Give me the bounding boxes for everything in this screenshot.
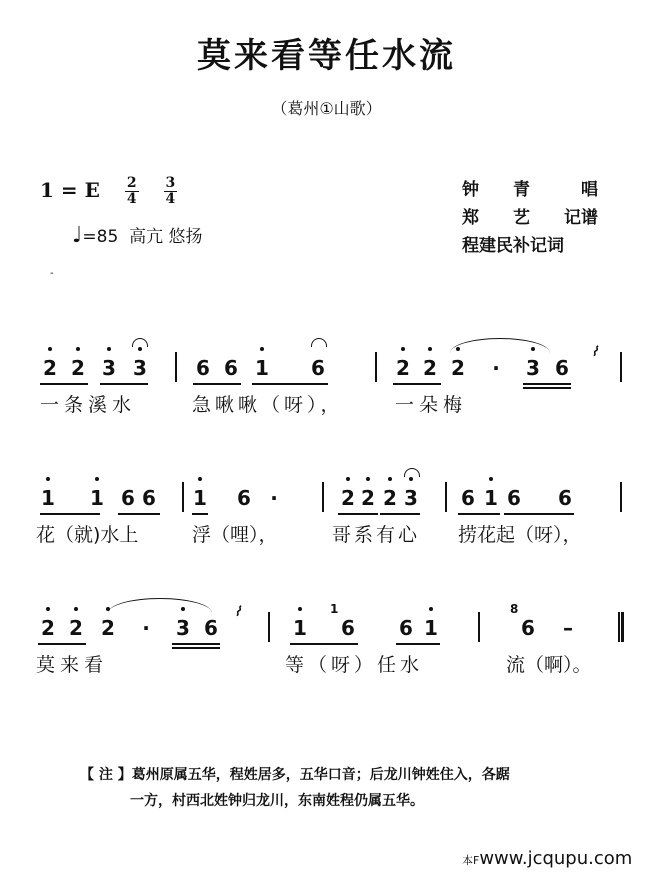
staff-line-1: 2 2 3 3 6 6 1 6 2 2 2 · 3 6 ⌇ 一条溪水 急啾啾（呀… [40,340,640,420]
note: 6 [460,486,476,510]
note: 3 [525,356,541,380]
notes-row: 2 2 2 · 3 6 ⌇ 1 1 6 6 1 8 6 – [40,600,640,650]
bar-line [375,352,377,382]
bar-line [445,482,447,512]
note: 2 [422,356,438,380]
note: 6 [557,486,573,510]
dash-extension: – [560,616,576,640]
note: 1 [423,616,439,640]
grace-note: 1 [330,602,338,616]
note: 2 [100,616,116,640]
note: 2 [382,486,398,510]
tempo-value: =85 [82,227,118,247]
time-signature-3-4: 34 [164,176,178,207]
note: 2 [340,486,356,510]
credit-transcriber: 郑 艺 记谱 [462,204,598,232]
expression-mark: 高亢 悠扬 [129,227,202,247]
dash-mark: - [50,268,54,279]
credits: 钟 青 唱 郑 艺 记谱 程建民补记词 [462,176,598,260]
note: 6 [554,356,570,380]
lyrics-row: 莫来看 等（呀）任水 流（啊）。 [40,650,640,680]
note: 1 [483,486,499,510]
bar-line [268,612,270,642]
note: 3 [403,486,419,510]
key-label: 1 = E [40,178,100,202]
grace-note: 8 [510,602,518,616]
time-signature-2-4: 24 [125,176,139,207]
watermark: 本Fwww.jcqupu.com [462,848,632,869]
bar-line [478,612,480,642]
song-subtitle: （葛州①山歌） [0,96,653,119]
note: 2 [360,486,376,510]
lyrics-row: 花（就)水上 浮（哩）， 哥系有心 捞花起（呀）， [40,520,640,550]
note: 2 [395,356,411,380]
dot-extension: · [138,616,154,640]
credit-singer: 钟 青 唱 [462,176,598,204]
notes-row: 1 1 6 6 1 6 · 2 2 2 3 6 1 6 6 [40,470,640,520]
dot-extension: · [488,356,504,380]
lyrics-row: 一条溪水 急啾啾（呀）， 一朵梅 [40,390,640,420]
note: 1 [89,486,105,510]
note: 6 [340,616,356,640]
note: 2 [40,616,56,640]
note: 6 [141,486,157,510]
note: 1 [292,616,308,640]
tempo-marking: ♩=85 高亢 悠扬 [72,222,203,248]
watermark-url: www.jcqupu.com [479,848,632,869]
credit-lyrics: 程建民补记词 [462,232,598,260]
note: 1 [254,356,270,380]
note: 6 [236,486,252,510]
song-title: 莫来看等任水流 [0,28,653,77]
note: 6 [520,616,536,640]
footnote-line-1: 【 注 】葛州原属五华，程姓居多，五华口音；后龙川钟姓住入，各踞 [80,762,510,788]
bar-line [322,482,324,512]
note: 6 [506,486,522,510]
glissando-icon: ⌇ [589,343,602,360]
final-bar-line [618,612,624,642]
notes-row: 2 2 3 3 6 6 1 6 2 2 2 · 3 6 ⌇ [40,340,640,390]
note: 2 [68,616,84,640]
bar-line [182,482,184,512]
staff-line-2: 1 1 6 6 1 6 · 2 2 2 3 6 1 6 6 花（就)水上 浮（哩… [40,470,640,550]
bar-line [620,352,622,382]
note: 6 [195,356,211,380]
note: 3 [175,616,191,640]
note: 2 [450,356,466,380]
slur-icon [108,598,212,613]
fermata-icon [404,468,420,477]
fermata-icon [311,338,327,347]
note: 6 [203,616,219,640]
key-signature: 1 = E 24 34 [40,176,177,207]
note: 6 [120,486,136,510]
footnote-line-2: 一方，村西北姓钟归龙川，东南姓程仍属五华。 [80,788,510,814]
glissando-icon: ⌇ [232,603,245,620]
note: 3 [101,356,117,380]
bar-line [620,482,622,512]
fermata-icon [132,338,148,347]
note: 2 [42,356,58,380]
note: 6 [223,356,239,380]
bar-line [175,352,177,382]
note: 2 [70,356,86,380]
quarter-note-icon: ♩ [72,223,82,248]
note: 3 [132,356,148,380]
note: 1 [192,486,208,510]
note: 1 [40,486,56,510]
slur-icon [450,338,550,353]
footnote: 【 注 】葛州原属五华，程姓居多，五华口音；后龙川钟姓住入，各踞 一方，村西北姓… [80,762,510,814]
note: 6 [398,616,414,640]
staff-line-3: 2 2 2 · 3 6 ⌇ 1 1 6 6 1 8 6 – 莫来看 等（呀）任水… [40,600,640,680]
note: 6 [310,356,326,380]
dot-extension: · [266,486,282,510]
